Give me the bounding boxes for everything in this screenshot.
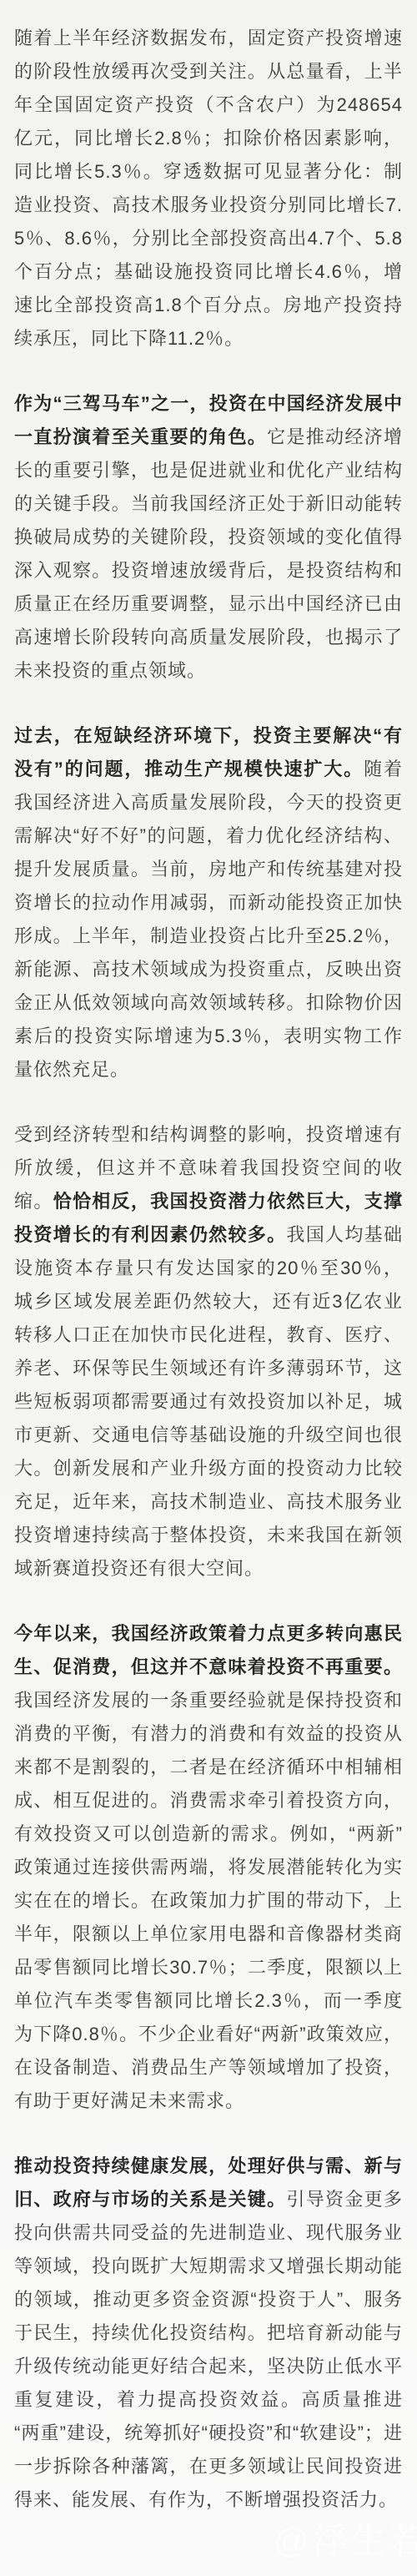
paragraph: 今年以来，我国经济政策着力点更多转向惠民生、促消费，但这并不意味着投资不再重要。… bbox=[14, 1617, 403, 2118]
text-segment: 我国经济发展的一条重要经验就是保持投资和消费的平衡，有潜力的消费和有效益的投资从… bbox=[14, 1690, 403, 2111]
text-segment-bold: 今年以来，我国经济政策着力点更多转向惠民生、促消费，但这并不意味着投资不再重要。 bbox=[14, 1623, 403, 1677]
text-segment: 我国人均基础设施资本存量只有发达国家的20％至30％，城乡区域发展差距仍然较大，… bbox=[14, 1224, 403, 1579]
article-page: 随着上半年经济数据发布，固定资产投资增速的阶段性放缓再次受到关注。从总量看，上半… bbox=[0, 0, 417, 2576]
text-segment: 引导资金更多投向供需共同受益的先进制造业、现代服务业等领域，投向既扩大短期需求又… bbox=[14, 2189, 403, 2510]
paragraph: 随着上半年经济数据发布，固定资产投资增速的阶段性放缓再次受到关注。从总量看，上半… bbox=[14, 22, 403, 355]
article-body: 随着上半年经济数据发布，固定资产投资增速的阶段性放缓再次受到关注。从总量看，上半… bbox=[0, 0, 417, 2517]
text-segment-bold: 过去，在短缺经济环境下，投资主要解决“有没有”的问题，推动生产规模快速扩大。 bbox=[14, 725, 403, 779]
text-segment: 随着上半年经济数据发布，固定资产投资增速的阶段性放缓再次受到关注。从总量看，上半… bbox=[14, 28, 403, 349]
paragraph: 受到经济转型和结构调整的影响，投资增速有所放缓，但这并不意味着我国投资空间的收缩… bbox=[14, 1118, 403, 1585]
paragraph: 推动投资持续健康发展，处理好供与需、新与旧、政府与市场的关系是关键。引导资金更多… bbox=[14, 2150, 403, 2517]
watermark: @浮生若梦 bbox=[274, 2513, 417, 2563]
paragraph: 作为“三驾马车”之一，投资在中国经济发展中一直扮演着至关重要的角色。它是推动经济… bbox=[14, 387, 403, 688]
text-segment: 随着我国经济进入高质量发展阶段，今天的投资更需解决“好不好”的问题，着力优化经济… bbox=[14, 759, 403, 1080]
paragraph: 过去，在短缺经济环境下，投资主要解决“有没有”的问题，推动生产规模快速扩大。随着… bbox=[14, 719, 403, 1086]
text-segment: 它是推动经济增长的重要引擎，也是促进就业和优化产业结构的关键手段。当前我国经济正… bbox=[14, 426, 403, 681]
